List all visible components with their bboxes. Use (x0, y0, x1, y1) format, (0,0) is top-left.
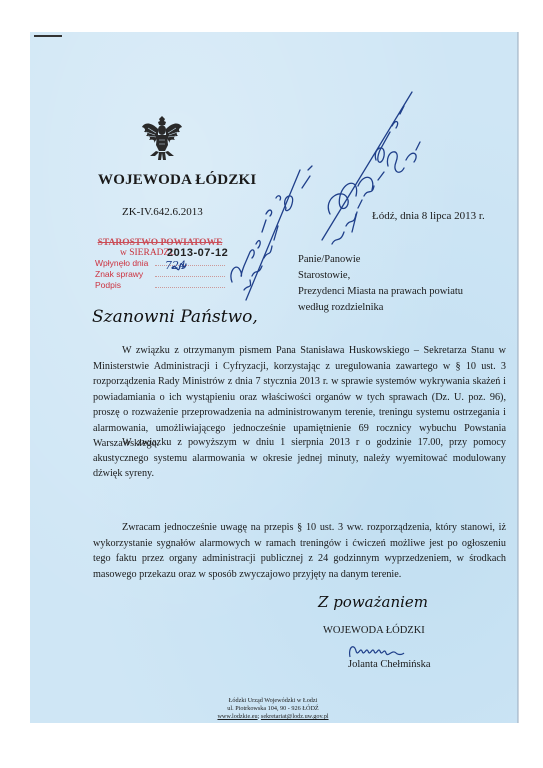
addressee-line: Prezydenci Miasta na prawach powiatu (298, 284, 463, 300)
stamp-field-case-number: Znak sprawy (95, 269, 225, 280)
addressee-line: według rozdzielnika (298, 300, 463, 316)
closing-handwritten: Z poważaniem (318, 593, 428, 611)
stamp-field-received: Wpłynęło dnia (95, 258, 225, 269)
place-and-date: Łódź, dnia 8 lipca 2013 r. (372, 210, 485, 222)
stamp-label-signature: Podpis (95, 280, 155, 291)
salutation-handwritten: Szanowni Państwo, (92, 307, 258, 327)
signature-scribble (346, 641, 406, 661)
stamp-label-case-number: Znak sprawy (95, 269, 155, 280)
stamp-received-date: 2013-07-12 (167, 247, 228, 259)
page-footer: Łódzki Urząd Wojewódzki w Łodzi ul. Piot… (180, 697, 366, 721)
addressee-block: Panie/Panowie Starostowie, Prezydenci Mi… (298, 252, 463, 316)
addressee-line: Panie/Panowie (298, 252, 463, 268)
intake-stamp: STAROSTWO POWIATOWE w SIERADZU Wpłynęło … (95, 238, 225, 291)
scan-mark (34, 35, 62, 37)
polish-eagle-emblem-icon (140, 113, 184, 163)
footer-office: Łódzki Urząd Wojewódzki w Łodzi (180, 697, 366, 705)
stamp-case-number-handwritten: 724 (165, 259, 186, 272)
reference-number: ZK-IV.642.6.2013 (122, 206, 203, 218)
footer-email-link[interactable]: sekretariat@lodz.uw.gov.pl (261, 713, 329, 720)
footer-website-link[interactable]: www.lodzkie.eu (217, 713, 257, 720)
stamp-field-signature: Podpis (95, 280, 225, 291)
body-paragraph-2: W związku z powyższym w dniu 1 sierpnia … (93, 435, 506, 482)
addressee-line: Starostowie, (298, 268, 463, 284)
page-edge (517, 32, 519, 723)
body-paragraph-3: Zwracam jednocześnie uwagę na przepis § … (93, 520, 506, 582)
footer-contact: www.lodzkie.eu; sekretariat@lodz.uw.gov.… (180, 713, 366, 721)
footer-address: ul. Piotrkowska 104, 90 - 926 ŁÓDŹ (180, 705, 366, 713)
organization-title: WOJEWODA ŁÓDZKI (98, 172, 256, 189)
signatory-name: Jolanta Chełmińska (348, 659, 431, 670)
signatory-title: WOJEWODA ŁÓDZKI (323, 625, 425, 636)
stamp-label-received: Wpłynęło dnia (95, 258, 155, 269)
